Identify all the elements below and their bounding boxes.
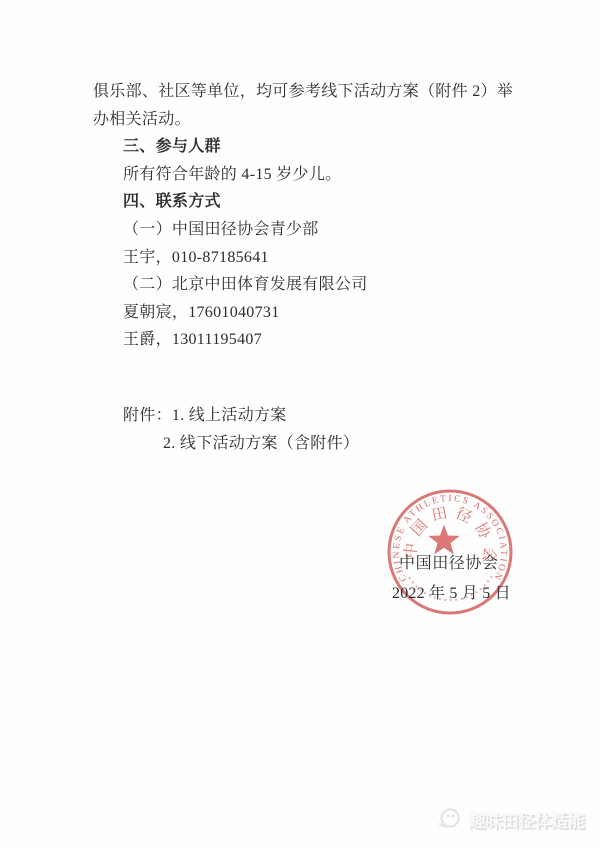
attachment-list: 附件：1. 线上活动方案2. 线下活动方案（含附件） xyxy=(93,402,563,457)
body-line: （二）北京中田体育发展有限公司 xyxy=(93,271,563,299)
body-line: 王宇，010-87185641 xyxy=(93,244,563,272)
watermark: 趣味田径体适能 xyxy=(436,806,585,832)
document-body: 俱乐部、社区等单位，均可参考线下活动方案（附件 2）举办相关活动。三、参与人群所… xyxy=(93,78,563,354)
body-line: 三、参与人群 xyxy=(93,133,563,161)
body-line: 办相关活动。 xyxy=(93,106,563,134)
body-line: 四、联系方式 xyxy=(93,188,563,216)
watermark-logo-icon xyxy=(436,806,462,832)
watermark-text: 趣味田径体适能 xyxy=(469,807,585,832)
body-line: （一）中国田径协会青少部 xyxy=(93,216,563,244)
attachment-line: 2. 线下活动方案（含附件） xyxy=(93,430,563,458)
attachment-line: 附件：1. 线上活动方案 xyxy=(93,402,563,430)
body-line: 王爵，13011195407 xyxy=(93,326,563,354)
signature-org: 中国田径协会 xyxy=(399,550,499,573)
document-page: 俱乐部、社区等单位，均可参考线下活动方案（附件 2）举办相关活动。三、参与人群所… xyxy=(0,0,600,849)
body-line: 夏朝宸，17601040731 xyxy=(93,299,563,327)
body-line: 俱乐部、社区等单位，均可参考线下活动方案（附件 2）举 xyxy=(93,78,563,106)
signature-date: 2022 年 5 月 5 日 xyxy=(392,580,511,603)
body-line: 所有符合年龄的 4-15 岁少儿。 xyxy=(93,161,563,189)
